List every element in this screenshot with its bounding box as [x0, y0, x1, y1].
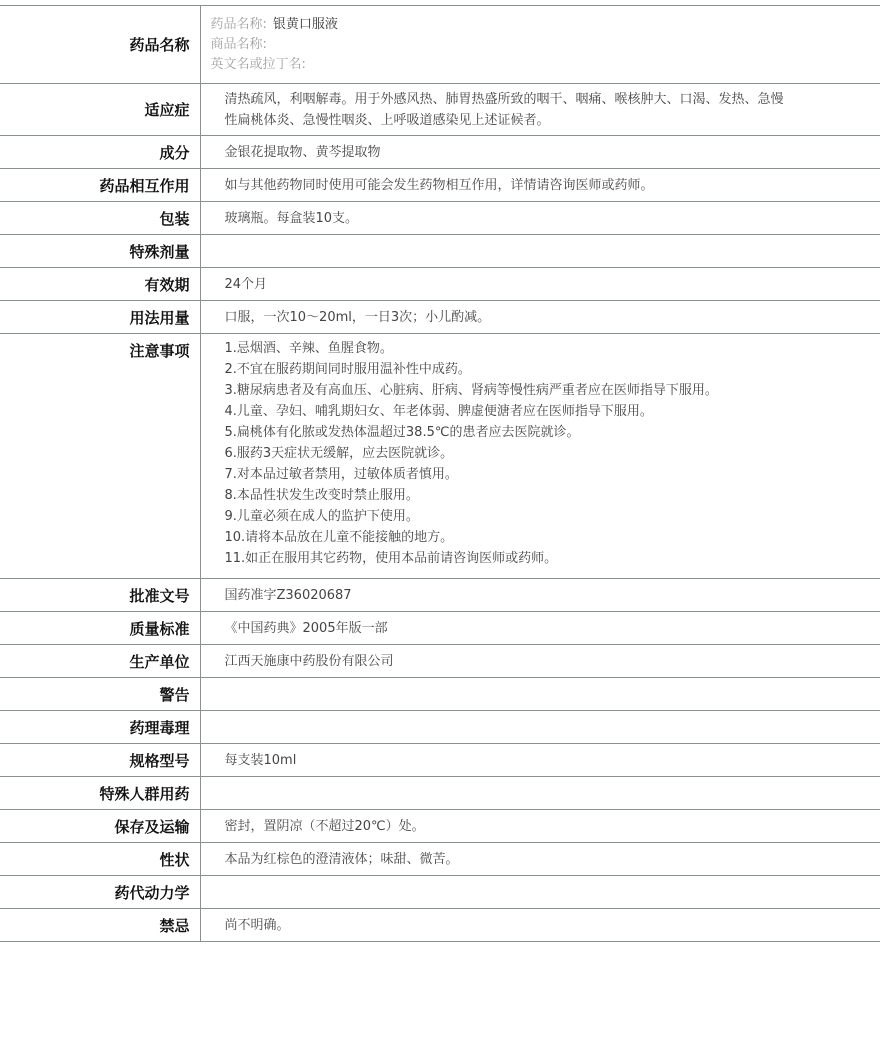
value-manufacturer: 江西天施康中药股份有限公司	[200, 645, 880, 678]
precaution-item: 9.儿童必须在成人的监护下使用。	[225, 506, 880, 527]
label-drug-name: 药品名称	[0, 6, 200, 84]
label-approval-number: 批准文号	[0, 579, 200, 612]
value-special-populations	[200, 777, 880, 810]
indication-text: 清热疏风，利咽解毒。用于外感风热、肺胃热盛所致的咽干、咽痛、喉核肿大、口渴、发热…	[225, 89, 880, 131]
label-special-dosage: 特殊剂量	[0, 235, 200, 268]
precaution-item: 3.糖尿病患者及有高血压、心脏病、肝病、肾病等慢性病严重者应在医师指导下服用。	[225, 380, 880, 401]
row-quality-standard: 质量标准 《中国药典》2005年版一部	[0, 612, 880, 645]
label-storage: 保存及运输	[0, 810, 200, 843]
row-dosage: 用法用量 口服，一次10～20ml，一日3次；小儿酌减。	[0, 301, 880, 334]
value-packaging: 玻璃瓶。每盒装10支。	[200, 202, 880, 235]
row-contraindications: 禁忌 尚不明确。	[0, 909, 880, 942]
label-shelf-life: 有效期	[0, 268, 200, 301]
value-warning	[200, 678, 880, 711]
row-packaging: 包装 玻璃瓶。每盒装10支。	[0, 202, 880, 235]
precaution-item: 1.忌烟酒、辛辣、鱼腥食物。	[225, 338, 880, 359]
label-description: 性状	[0, 843, 200, 876]
value-interactions: 如与其他药物同时使用可能会发生药物相互作用，详情请咨询医师或药师。	[200, 169, 880, 202]
label-special-populations: 特殊人群用药	[0, 777, 200, 810]
value-specification: 每支装10ml	[200, 744, 880, 777]
value-pharmacokinetics	[200, 876, 880, 909]
row-warning: 警告	[0, 678, 880, 711]
label-interactions: 药品相互作用	[0, 169, 200, 202]
english-name-line: 英文名或拉丁名:	[211, 55, 880, 75]
value-pharmacology	[200, 711, 880, 744]
row-drug-name: 药品名称 药品名称:银黄口服液 商品名称: 英文名或拉丁名:	[0, 6, 880, 84]
row-indication: 适应症 清热疏风，利咽解毒。用于外感风热、肺胃热盛所致的咽干、咽痛、喉核肿大、口…	[0, 84, 880, 136]
row-shelf-life: 有效期 24个月	[0, 268, 880, 301]
label-dosage: 用法用量	[0, 301, 200, 334]
trade-name-line: 商品名称:	[211, 35, 880, 55]
row-specification: 规格型号 每支装10ml	[0, 744, 880, 777]
row-ingredients: 成分 金银花提取物、黄芩提取物	[0, 136, 880, 169]
trade-name-key: 商品名称:	[211, 37, 267, 52]
value-precautions: 1.忌烟酒、辛辣、鱼腥食物。 2.不宜在服药期间同时服用温补性中成药。 3.糖尿…	[200, 334, 880, 579]
label-pharmacokinetics: 药代动力学	[0, 876, 200, 909]
value-quality-standard: 《中国药典》2005年版一部	[200, 612, 880, 645]
row-pharmacokinetics: 药代动力学	[0, 876, 880, 909]
label-manufacturer: 生产单位	[0, 645, 200, 678]
row-interactions: 药品相互作用 如与其他药物同时使用可能会发生药物相互作用，详情请咨询医师或药师。	[0, 169, 880, 202]
row-approval-number: 批准文号 国药准字Z36020687	[0, 579, 880, 612]
generic-name-key: 药品名称:	[211, 17, 267, 32]
value-contraindications: 尚不明确。	[200, 909, 880, 942]
value-shelf-life: 24个月	[200, 268, 880, 301]
precaution-item: 4.儿童、孕妇、哺乳期妇女、年老体弱、脾虚便溏者应在医师指导下服用。	[225, 401, 880, 422]
value-dosage: 口服，一次10～20ml，一日3次；小儿酌减。	[200, 301, 880, 334]
row-storage: 保存及运输 密封，置阴凉（不超过20℃）处。	[0, 810, 880, 843]
precaution-item: 11.如正在服用其它药物，使用本品前请咨询医师或药师。	[225, 548, 880, 569]
precaution-item: 2.不宜在服药期间同时服用温补性中成药。	[225, 359, 880, 380]
label-precautions: 注意事项	[0, 334, 200, 579]
label-contraindications: 禁忌	[0, 909, 200, 942]
precaution-item: 10.请将本品放在儿童不能接触的地方。	[225, 527, 880, 548]
label-ingredients: 成分	[0, 136, 200, 169]
value-approval-number: 国药准字Z36020687	[200, 579, 880, 612]
label-specification: 规格型号	[0, 744, 200, 777]
label-quality-standard: 质量标准	[0, 612, 200, 645]
precaution-item: 7.对本品过敏者禁用，过敏体质者慎用。	[225, 464, 880, 485]
generic-name-value: 银黄口服液	[273, 17, 338, 32]
row-special-populations: 特殊人群用药	[0, 777, 880, 810]
label-pharmacology: 药理毒理	[0, 711, 200, 744]
row-manufacturer: 生产单位 江西天施康中药股份有限公司	[0, 645, 880, 678]
generic-name-line: 药品名称:银黄口服液	[211, 15, 880, 35]
precaution-item: 6.服药3天症状无缓解，应去医院就诊。	[225, 443, 880, 464]
value-description: 本品为红棕色的澄清液体；味甜、微苦。	[200, 843, 880, 876]
row-precautions: 注意事项 1.忌烟酒、辛辣、鱼腥食物。 2.不宜在服药期间同时服用温补性中成药。…	[0, 334, 880, 579]
label-warning: 警告	[0, 678, 200, 711]
precaution-item: 8.本品性状发生改变时禁止服用。	[225, 485, 880, 506]
row-pharmacology: 药理毒理	[0, 711, 880, 744]
label-indication: 适应症	[0, 84, 200, 136]
row-special-dosage: 特殊剂量	[0, 235, 880, 268]
value-ingredients: 金银花提取物、黄芩提取物	[200, 136, 880, 169]
label-packaging: 包装	[0, 202, 200, 235]
value-storage: 密封，置阴凉（不超过20℃）处。	[200, 810, 880, 843]
value-special-dosage	[200, 235, 880, 268]
drug-spec-table: 药品名称 药品名称:银黄口服液 商品名称: 英文名或拉丁名: 适应症 清热疏风，…	[0, 5, 880, 942]
value-indication: 清热疏风，利咽解毒。用于外感风热、肺胃热盛所致的咽干、咽痛、喉核肿大、口渴、发热…	[200, 84, 880, 136]
value-drug-name: 药品名称:银黄口服液 商品名称: 英文名或拉丁名:	[200, 6, 880, 84]
english-name-key: 英文名或拉丁名:	[211, 57, 306, 72]
precaution-item: 5.扁桃体有化脓或发热体温超过38.5℃的患者应去医院就诊。	[225, 422, 880, 443]
row-description: 性状 本品为红棕色的澄清液体；味甜、微苦。	[0, 843, 880, 876]
